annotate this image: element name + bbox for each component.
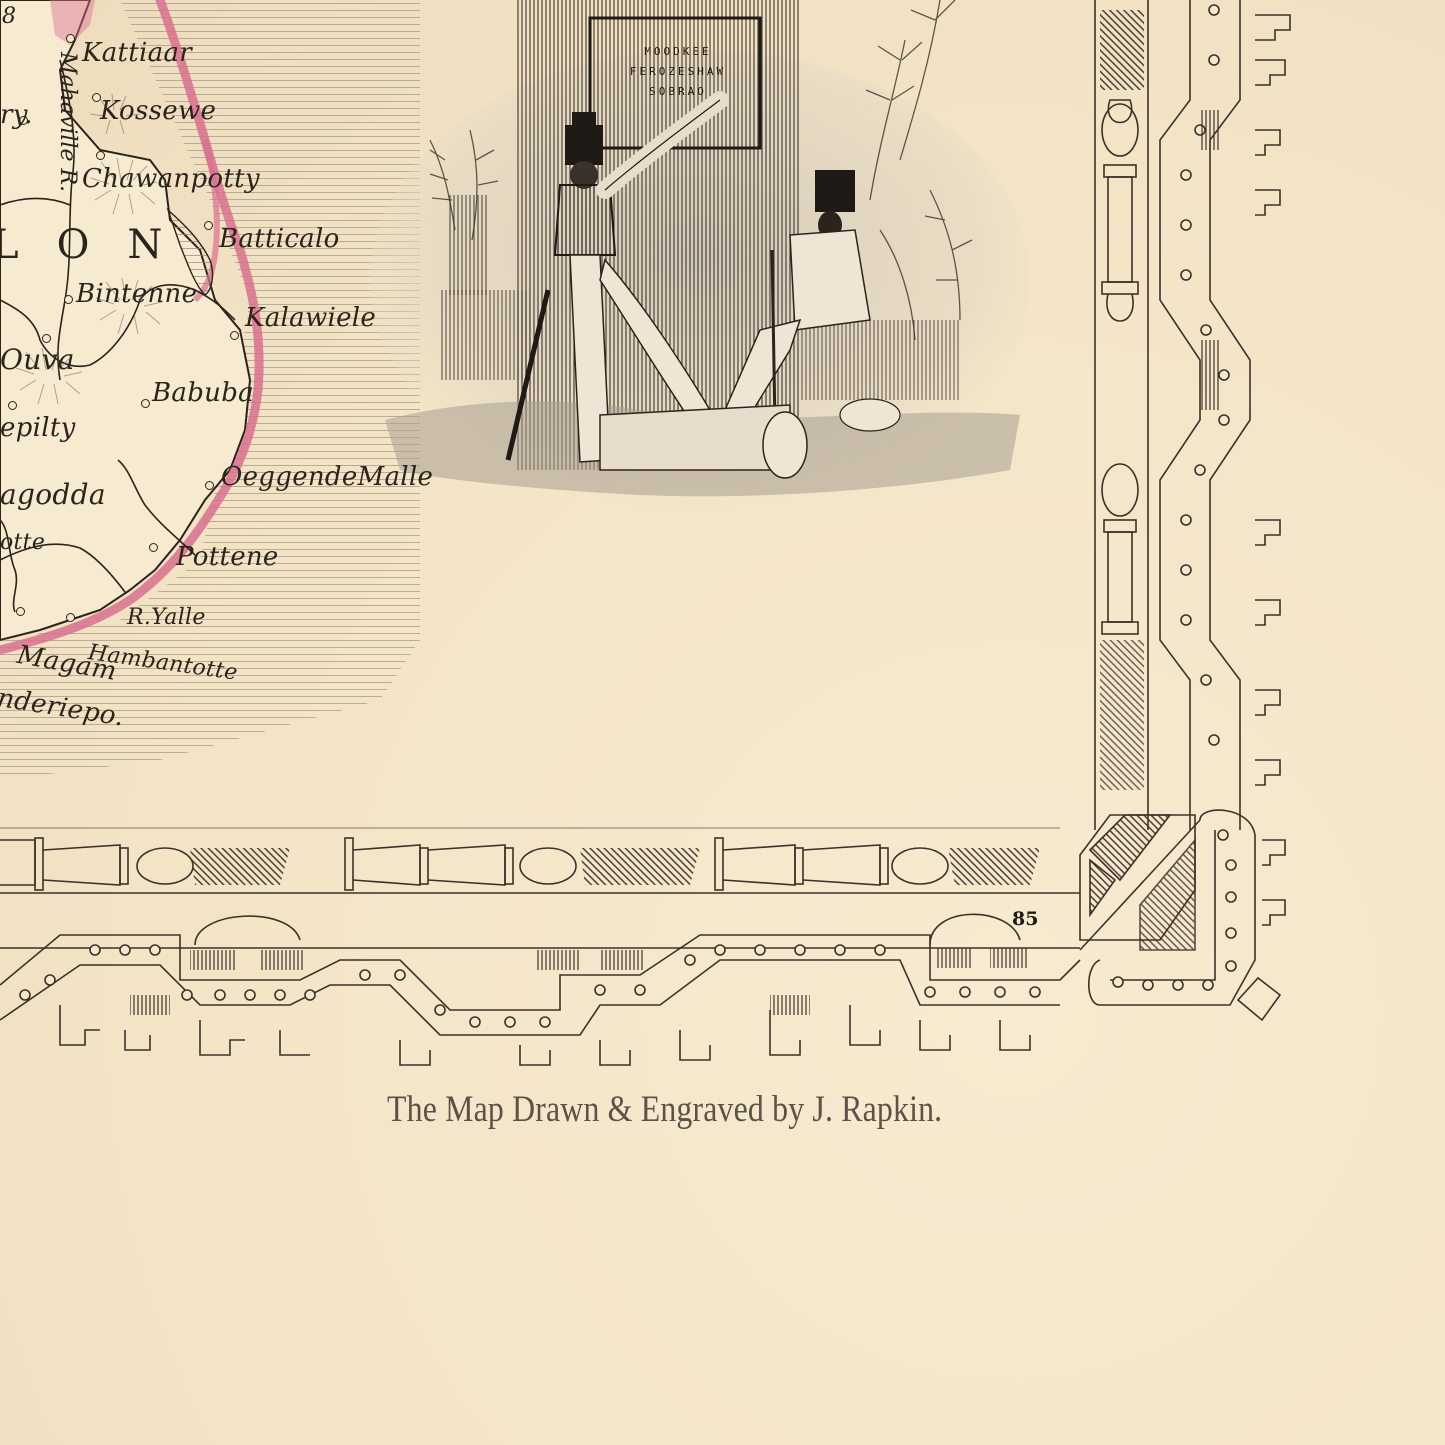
river-label-mahaville: Mahaville R. [55, 52, 80, 192]
town-marker [205, 481, 214, 490]
inscription-line-moodkee: MOODKEE [603, 42, 753, 62]
place-label-kossewe: Kossewe [100, 96, 216, 126]
town-marker [230, 331, 239, 340]
town-marker [66, 34, 75, 43]
town-marker [149, 543, 158, 552]
inscription-line-sobrao: SOBRAO [603, 82, 753, 102]
monument-inscription: MOODKEE FEROZESHAW SOBRAO [603, 42, 753, 102]
place-label-pottene: Pottene [176, 542, 279, 572]
map-artwork [0, 0, 1445, 1445]
plate-number: 85 [1012, 908, 1038, 930]
place-label-r-yalle: R.Yalle [127, 605, 206, 630]
place-label-fragment-ry: ry. [0, 100, 33, 130]
border-corner [1080, 810, 1285, 1020]
inscription-line-ferozeshaw: FEROZESHAW [603, 62, 753, 82]
place-label-batticalo: Batticalo [219, 224, 340, 254]
border-bottom [0, 828, 1080, 1065]
town-marker [8, 401, 17, 410]
place-label-bintenne: Bintenne [76, 279, 197, 309]
engraver-credit: The Map Drawn & Engraved by J. Rapkin. [387, 1088, 942, 1131]
place-label-otte: otte [0, 530, 45, 555]
place-label-agodda: agodda [0, 478, 106, 511]
place-label-oeggende-malle: OeggendeMalle [221, 462, 433, 492]
place-label-chawanpotty: Chawanpotty [82, 164, 260, 194]
town-marker [96, 151, 105, 160]
town-marker [204, 221, 213, 230]
place-label-kalawiele: Kalawiele [245, 303, 376, 333]
place-label-epilty: epilty [0, 413, 76, 443]
town-marker [141, 399, 150, 408]
town-marker [42, 334, 51, 343]
region-label-ceylon: LON [0, 222, 200, 268]
town-marker [64, 295, 73, 304]
place-label-kattiaar: Kattiaar [82, 38, 192, 68]
place-label-babuba: Babuba [152, 378, 254, 408]
town-marker [66, 613, 75, 622]
border-right [1095, 0, 1290, 830]
place-label-ouva: Ouva [0, 343, 75, 376]
town-marker [16, 607, 25, 616]
place-label-fragment-edge: 8 [2, 4, 16, 29]
